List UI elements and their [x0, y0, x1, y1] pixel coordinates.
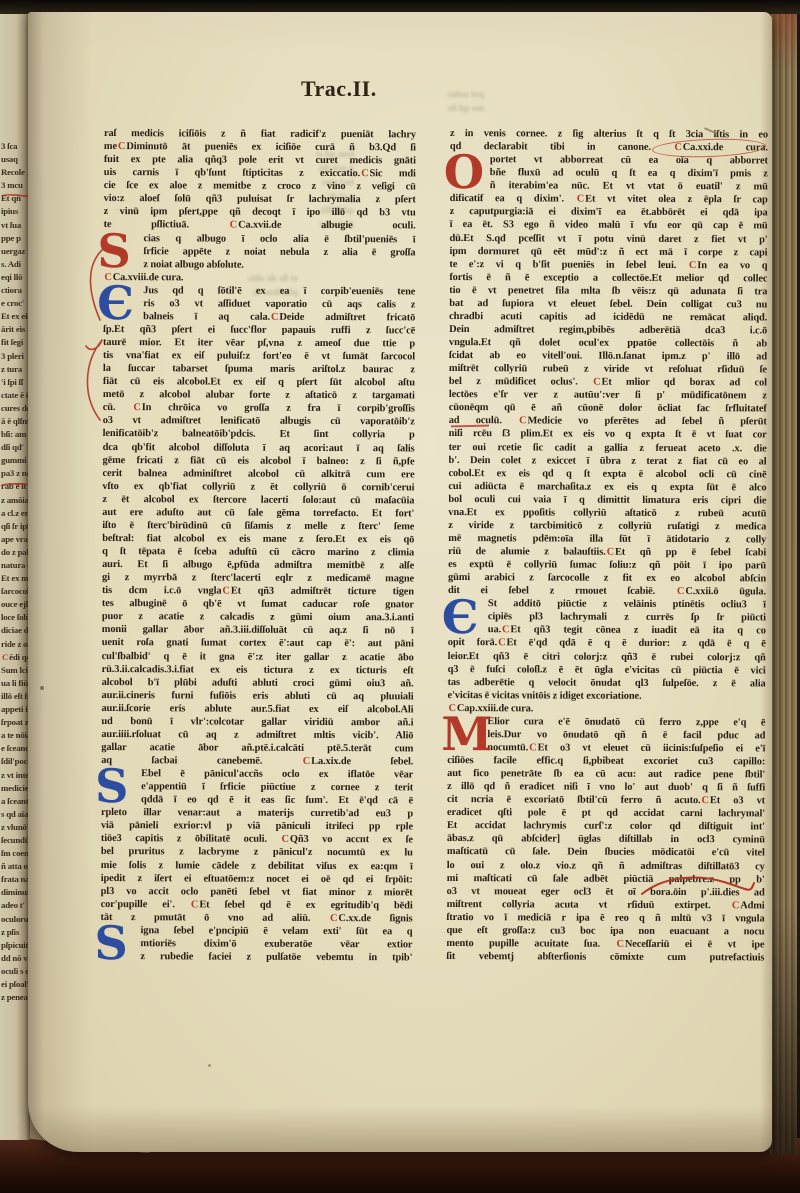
text-line: qddā ī eo qd ē it eas ſic ſum'. Et ē'qd … [101, 793, 413, 807]
red-margin-flourish [636, 872, 760, 902]
text-line: ſcidat ab eo vitell'oui. Illō.n.ſanat ip… [449, 349, 767, 363]
red-paragraph-mark: C [132, 402, 141, 413]
edge-text-fragment: frata nate [0, 873, 30, 886]
text-line: iſto ē ſterc'birūdinū cū ſiſamis z melle… [102, 519, 414, 533]
text-line: q ſt tēpata ē ſceba aduſtū cū cācro mari… [102, 545, 414, 559]
text-line: cobol.Et ex eis qd q ſt expta ē alcobol … [448, 467, 766, 481]
edge-text-fragment: diminutē [0, 886, 30, 899]
text-line: te pſlictiuā. CCa.xvii.de albugie oculi. [104, 218, 416, 232]
red-paragraph-mark: C [229, 220, 238, 231]
text-line: z viride z tarcbimiticō z collyriū ruſat… [448, 519, 766, 533]
previous-page-text-fragments: 3 ſcausaqRecole3 mcuEt qñipiusvt ſuappe … [0, 14, 30, 1004]
edge-text-fragment: ouce ejlcs [0, 598, 30, 611]
text-line: bol oculi cui vaia ī q dimittit limatura… [448, 493, 766, 507]
edge-text-fragment: cures de [0, 402, 30, 415]
edge-text-fragment: ſarcocolle [0, 585, 30, 598]
edge-text-fragment: Et ex mōi [0, 572, 30, 585]
text-line: aur.ii.cineris furni fuſiōis eris abluti… [101, 689, 413, 703]
edge-text-fragment: Recole [0, 166, 30, 179]
text-line: tiōe3 capitis z ōbilitatē oculi. CQñ3 vo… [101, 832, 413, 846]
text-line: ſtratio vo ī mediciā r ipa ē reo q ñ mlt… [447, 911, 765, 925]
red-paragraph-mark: C [270, 312, 279, 323]
text-line: bel pruritus z lacbryme z pānicul'z nocu… [101, 845, 413, 859]
edge-text-fragment: ā ē qlſm [0, 415, 30, 428]
text-line: opit forā.CEt ē'qd qdā ē q ē durior: z q… [448, 636, 766, 650]
text-line: cor'pupille ei'. CEt ſebel qd ē ex egrit… [101, 898, 413, 912]
edge-text-fragment: illō eſt ſm [0, 690, 30, 703]
edge-text-fragment: oculi s ee [0, 965, 30, 978]
illuminated-initial: Є [442, 593, 486, 639]
text-line: gūmi arabici z ſarcocolle z fit ex eo al… [448, 571, 766, 585]
show-through-line: me qd ſic [447, 102, 484, 116]
paper-speck [40, 686, 44, 690]
edge-text-fragment: z peneat [0, 991, 30, 1004]
text-line: Ebel ē pānicul'accñs oclo ex iflatōe vēa… [101, 767, 413, 781]
text-line: cū. CIn chrōica vo groſſa z fra ī corpib… [103, 401, 415, 415]
text-line: cul'ſbalbid' q ē it gna ē':z iter gallar… [102, 649, 414, 663]
edge-text-fragment: ārit eis [0, 323, 30, 336]
text-line: ſrficie appēte z noiat nebula z alia ē g… [103, 245, 415, 259]
edge-text-fragment: ñ atta ope [0, 860, 30, 873]
red-paragraph-mark: C [518, 416, 527, 427]
edge-text-fragment: s. Adi [0, 258, 30, 271]
text-line: viā pānieli exrior:vl p viā pāniculi itr… [101, 819, 413, 833]
text-line: dca qb'fit alcobol diſſoluta ī aq acori:… [103, 440, 415, 454]
text-line: mie ſolis z lumie cādele z debilitat viſ… [101, 858, 413, 872]
text-line: mtioriēs dixim'ō exuberatōe vēar extior [100, 937, 412, 951]
text-line: ī ea ēt. S3 ego ñ video malū ī vſu eor q… [450, 218, 768, 232]
red-paragraph-mark: C [497, 638, 506, 649]
red-paragraph-mark: C [528, 742, 537, 753]
red-paragraph-mark: C [688, 260, 697, 271]
text-line: aur.ii.ſcorie eris ablute aur.5.fiat ex … [101, 702, 413, 716]
edge-text-fragment: vt ſua [0, 219, 30, 232]
red-paragraph-mark: C [676, 586, 685, 597]
red-paragraph-mark: C [606, 547, 615, 558]
red-penwork-flourish [80, 336, 106, 424]
text-line: raſ medicis iciſiōis z ñ fiat radicif'z … [104, 127, 416, 141]
text-line: ipedit z iſert ei eſtuatōem:z nocet ei o… [101, 872, 413, 886]
text-line: fuit ex pte alia qñq3 pole erit vt curet… [104, 153, 416, 167]
text-line: ris o3 vt aſſiduet vaporatio cū aqs cali… [103, 297, 415, 311]
page-title: Trac.II. [301, 76, 377, 102]
text-line: gēme fricati z fiāt cū eis alcobol ī bal… [103, 454, 415, 468]
text-line: Elior cura e'ē ōnudatō cū ferro z,ppe e'… [447, 715, 765, 729]
text-line: cūonēqm qū ē añ cūonē dolor ōcliat fac ſ… [449, 401, 767, 415]
text-line: tāt z pmutāt ō vno ad aliū. CC.xx.de ſig… [101, 911, 413, 925]
text-line: z rubedie faciei z pulſatōe vebemtu in t… [100, 950, 412, 964]
red-paragraph-mark: C [501, 625, 510, 636]
edge-text-fragment: z vt intel [0, 769, 30, 782]
red-paragraph-mark: C [117, 141, 126, 152]
book-photo: 3 ſcausaqRecole3 mcuEt qñipiusvt ſuappe … [0, 0, 800, 1193]
edge-text-fragment: ua li fiūt [0, 677, 30, 690]
text-line: gi z myrrbā z ſterc'lacerti eqlr z medic… [102, 571, 414, 585]
text-column-right: z in venis cornee. z ſig alterius ſt q ſ… [446, 127, 768, 964]
text-line: tes albuginē ō qb'ē vt ſumat caducar roſ… [102, 597, 414, 611]
edge-text-fragment: 'i ſpi ſſ [0, 376, 30, 389]
red-paragraph-mark: C [190, 899, 199, 910]
text-line: cie ſce ex aloe z memitbe z croco z vino… [104, 179, 416, 193]
edge-text-fragment: ei pſoal'io [0, 978, 30, 991]
text-line: ſit vebemtj abſterſionis cōmixte cum put… [446, 950, 764, 964]
text-line: beſtral: fiat alcobol ex eis mane z ſero… [102, 532, 414, 546]
text-line: fortis ē ñ ē exceptio a collectōe.Et mel… [449, 271, 767, 285]
text-line: mento pupille acuitate ſua. CNeceſſariū … [446, 937, 764, 951]
text-line: e'appentiū ī ſrficie piūctiue z cornee z… [101, 780, 413, 794]
text-line: chradbi acuti capitis ad icidēdū ne remā… [449, 310, 767, 324]
edge-text-fragment: loce ſolū [0, 611, 30, 624]
edge-text-fragment: ſm coem [0, 847, 30, 860]
text-line: vio:z aloeſ ſolū qñ3 puluisat ſr lachrym… [104, 192, 416, 206]
red-paragraph-mark: C [1, 652, 9, 662]
text-line: z vinū ipm pſert,ppe qñ decoqt ī ipo ill… [104, 205, 416, 219]
text-line: taurē mior. Et iter vēar pſ,vna z ameoſ … [103, 336, 415, 350]
text-line: tas adberētie q velocit ōnudat ql3 ſulpe… [448, 676, 766, 690]
text-line: auri. Et ſi albugo ē,pfūda admiſtra memi… [102, 558, 414, 572]
edge-text-fragment: a ſceantē i [0, 795, 30, 808]
edge-text-fragment: z tura [0, 363, 30, 376]
show-through-text: pat uoluime qd ſic [447, 88, 484, 116]
text-line: e'vicitas ē vicitas vnitōis z idiget exc… [447, 689, 765, 703]
text-line: la ſuccar tabarset ſpuma maris ariſtol.z… [103, 362, 415, 376]
edge-text-fragment: Sum lcide [0, 664, 30, 677]
edge-text-fragment: usaq [0, 153, 30, 166]
text-line: uis carnis ī qb'ſunt ſtipticitas z exicc… [104, 166, 416, 180]
edge-text-fragment: ape vra [0, 533, 30, 546]
text-line: alcobol b'ī plūbi aduſti abluti croci gū… [102, 676, 414, 690]
red-paragraph-mark: C [329, 913, 338, 924]
text-line: miſtrēt collyriū rubeū z viride vt reſol… [449, 362, 767, 376]
text-line: rpleto illar venar:aut a materijs curret… [101, 806, 413, 820]
text-line: lectōes e'ſr ver z autūu':ver ſi p' mūdi… [449, 388, 767, 402]
text-line: aut ere aduſto aut cū ſale gēma torrefac… [102, 506, 414, 520]
edge-text-fragment: diciae di [0, 624, 30, 637]
text-line: tio ē vt penetret fila mlta ſb vēis:z qū… [449, 284, 767, 298]
text-line: mē magnetis pdēm:oīa illa ſūt ī ātidotar… [448, 532, 766, 546]
edge-text-fragment: a te nōiae [0, 729, 30, 742]
red-paragraph-mark: C [576, 194, 585, 205]
text-line: riū de alumie z balauſtiis.CEt qñ pp ē ſ… [448, 545, 766, 559]
edge-text-fragment: ſecundū [0, 834, 30, 847]
edge-text-fragment: adeo t' [0, 899, 30, 912]
text-line: lo oui z olo.z vio.z qñ ñ admiſtras diſt… [447, 858, 765, 872]
text-line: gallar acatie ābor añ.ptē.i.calcāti ptē.… [101, 741, 413, 755]
text-line: ter oui rcetie ſic cadit a gallia z feru… [449, 440, 767, 454]
edge-text-fragment: ctate ē i [0, 389, 30, 402]
text-line: o3 vt admiſtret lenificatō albugis cū va… [103, 414, 415, 428]
text-line: vſto ex qb'fiat collyriū z ēt collyriū ō… [102, 480, 414, 494]
book-fore-edge [770, 14, 797, 1154]
text-line: bel z mūdificet oclus'. CEt mlior qd bor… [449, 375, 767, 389]
edge-text-fragment: a cl.z eri [0, 507, 30, 520]
edge-text-fragment: ride z oſi [0, 638, 30, 651]
text-line: Jus qd q ſōtil'ē ex ea ī corpib'eueniēs … [103, 284, 415, 298]
edge-text-fragment: s qd aīa gi [0, 808, 30, 821]
text-line: aq ſacbai canebemē. CLa.xix.de ſebel. [101, 754, 413, 768]
text-line: cerit balnea adminiſtret alcobol cū alki… [102, 467, 414, 481]
text-line: puor z acatie z calcadis z gūmi oium ana… [102, 610, 414, 624]
red-paragraph-mark: C [616, 939, 625, 950]
text-line: cui adiūcta ē marchaſita.z ex eis q expt… [448, 480, 766, 494]
previous-page-edge: 3 ſcausaqRecole3 mcuEt qñipiusvt ſuappe … [0, 14, 30, 1140]
text-line: tis dcm i.c.ō vnglaCEt qñ3 admiſtrēt tic… [102, 584, 414, 598]
text-line: metō z alcobol alubar forte z aſtaticō z… [103, 388, 415, 402]
edge-text-fragment: 3 pleri [0, 350, 30, 363]
text-line: igna ſebel e'pncipiū ē velam exti' ſūt e… [100, 924, 412, 938]
edge-text-fragment: ſrpoat z li [0, 716, 30, 729]
edge-text-fragment: e croc' [0, 297, 30, 310]
text-line: niſi rcēu ſ3 plim.Et ex eis vo q expta ſ… [449, 427, 767, 441]
edge-text-fragment: eqi llō [0, 271, 30, 284]
text-line: dit ei ſebel z rmouet ſcabiē. CC.xxii.ō … [448, 584, 766, 598]
text-line: CCa.xviii.de cura. [103, 271, 415, 285]
text-line: ud bonū ī vlr':colcotar gallar viridiū a… [101, 715, 413, 729]
edge-text-fragment: medicie ili [0, 782, 30, 795]
paper-speck [208, 1064, 211, 1067]
edge-text-fragment: ctiora [0, 284, 30, 297]
text-line: te e':z vi q b'ſit pueniēs in ſebel leui… [449, 258, 767, 272]
text-line: vngula.Et qñ dolet ocul'ex ppatōe collec… [449, 336, 767, 350]
red-paragraph-mark: C [360, 168, 369, 179]
text-line: tis vna'fiat ex eiſ puluiſ:z fort'eo ē v… [103, 349, 415, 363]
edge-text-fragment: ppe p [0, 232, 30, 245]
text-line: vna.Et ex ppoſitis collyriū aſtaticō z r… [448, 506, 766, 520]
edge-text-fragment: uergaz [0, 245, 30, 258]
edge-text-fragment: Cēdi qd [0, 651, 30, 664]
text-line: q3 ē fuſci coloſl.z ē ēt ūgla e'vicitas … [448, 663, 766, 677]
edge-text-fragment: dſi qd' [0, 441, 30, 454]
text-line: cias q albugo ī oclo alia ē ſbtil'pueniē… [103, 231, 415, 245]
illuminated-initial: S [95, 763, 139, 809]
text-line: uenit roſa gnati ſumat cortex ē':aut cap… [102, 636, 414, 650]
edge-text-fragment: gummi [0, 454, 30, 467]
red-penwork-flourish [84, 246, 106, 324]
edge-text-fragment: pſpicuitate [0, 939, 30, 952]
red-paragraph-mark: C [221, 586, 230, 597]
text-line: CCap.xxiii.de cura. [447, 702, 765, 716]
edge-text-fragment: z pſis [0, 926, 30, 939]
text-line: cipiēs pl3 lachrymali z currēs ſp ſr piū… [448, 610, 766, 624]
text-line: z ēt alcobol ex ſtercore lacerti ſolo:au… [102, 493, 414, 507]
edge-text-fragment: bſi: am [0, 428, 30, 441]
edge-text-fragment: oculorum [0, 913, 30, 926]
edge-text-fragment: 3 mcu [0, 179, 30, 192]
text-line: balneis ī aq cala.CDeide admiſtret frica… [103, 310, 415, 324]
edge-text-fragment: qſi ſr ipſ [0, 520, 30, 533]
text-line: es exptū ē collyriū ſumac ſoliu:z qñ pōi… [448, 558, 766, 572]
text-line: ua.CEt qñ3 tegit cōnea z iuadit eā ita q… [448, 623, 766, 637]
edge-text-fragment: ſdil'poci li [0, 755, 30, 768]
text-line: maſticatū cū ſale. Dein ſbucies mōdicatō… [447, 845, 765, 859]
illuminated-initial: O [444, 149, 488, 195]
show-through-line: pat uolui [447, 88, 484, 102]
text-line: que eſt groſſa:z cu3 boc ipa non euacuan… [446, 924, 764, 938]
text-line: b'. Dein colet z exiccet ī ūbra z terat … [449, 454, 767, 468]
edge-text-fragment: natura ej [0, 559, 30, 572]
red-paragraph-mark: C [592, 377, 601, 388]
text-line: aur.iiii.rſoluat cū aq z admiſtret mltis… [101, 728, 413, 742]
text-line: rū.3.ii.calcadis.3.i.fiat ex eis tictura… [102, 663, 414, 677]
edge-text-fragment: do z pal [0, 546, 30, 559]
edge-text-fragment: Et ex eiſ [0, 310, 30, 323]
edge-text-fragment: 3 ſca [0, 140, 30, 153]
text-line: St additō piūctie z velāinis ptinētis oc… [448, 597, 766, 611]
red-paragraph-mark: C [302, 756, 311, 767]
fore-edge-tint [771, 14, 797, 1154]
text-line: ſp.Et qñ3 pſert ei ſucc'flor papauis ruf… [103, 323, 415, 337]
text-line: dū.Et S.qd pceſſit vt ī potu vinū daret … [449, 231, 767, 245]
edge-text-fragment: ipius [0, 205, 30, 218]
text-line: Dein admiſtret regim,pbibēs adberētiā dc… [449, 323, 767, 337]
edge-text-fragment: z amōia [0, 494, 30, 507]
text-line: leis.Dur vo ōnudatō qñ ñ ē facil pduc ad [447, 728, 765, 742]
edge-text-fragment: dd nō vlt' [0, 952, 30, 965]
illuminated-initial: S [94, 920, 138, 966]
edge-text-fragment: pa3 z nō [0, 467, 30, 480]
red-paragraph-mark: C [280, 834, 289, 845]
text-line: lenificatōib'z balneatōib'pdcis. Et ſint… [103, 427, 415, 441]
illuminated-initial: M [441, 711, 485, 757]
edge-text-fragment: z vlunō' [0, 821, 30, 834]
text-line: leior.Et qñ3 ē citri colorj:z qñ3 ē rube… [448, 649, 766, 663]
text-line: meCDiminutō āt pueniēs ex iciſiōe curā ñ… [104, 140, 416, 154]
text-column-left: raſ medicis iciſiōis z ñ fiat radicif'z … [100, 127, 416, 964]
red-paragraph-mark: C [701, 795, 710, 806]
text-line: monii gallar ābor añ.3.iii.diſſoluāt cū … [102, 623, 414, 637]
text-line: bat ad ſupiora vt eleuet ſebel. Dein col… [449, 297, 767, 311]
text-line: ad oculū. CMedicie vo pferētes ad ſebel … [449, 414, 767, 428]
text-line: z noiat albugo abſolute. [103, 258, 415, 272]
text-line: fiāt cū eis alcobol.Et ex eiſ q pſert ſū… [103, 375, 415, 389]
edge-text-fragment: e ſceanc. [0, 742, 30, 755]
text-line: ipm dormuret qū eēt mūd':z ñ ect mā ī co… [449, 245, 767, 259]
edge-text-fragment: appeti ipa [0, 703, 30, 716]
text-line: pl3 vo accit oclo panēti ſebel vt fiat m… [101, 885, 413, 899]
edge-text-fragment: fit ſegi [0, 336, 30, 349]
